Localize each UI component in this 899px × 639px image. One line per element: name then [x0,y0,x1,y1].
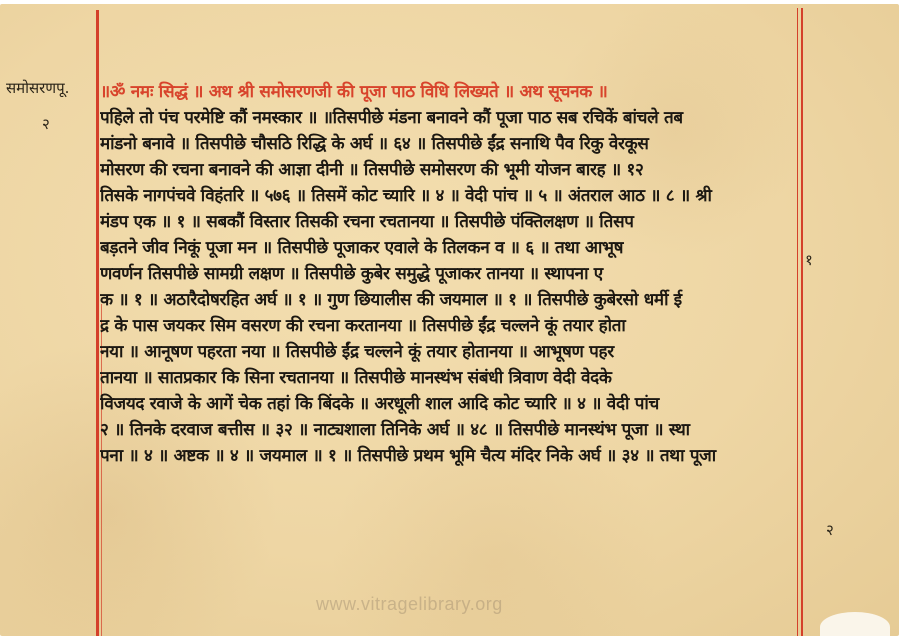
torn-corner [820,612,890,639]
text-line: मंडप एक ॥ १ ॥ सबकौं विस्तार तिसकी रचना र… [100,209,800,235]
text-line: पहिले तो पंच परमेष्टि कौं नमस्कार ॥ ॥तिस… [100,105,800,131]
text-line: मांडनो बनावे ॥ तिसपीछे चौसठि रिद्धि के अ… [100,131,800,157]
text-line: णवर्णन तिसपीछे सामग्री लक्षण ॥ तिसपीछे क… [100,261,800,287]
left-margin-folio-number: २ [42,114,50,134]
right-margin-rule-secondary [801,8,803,636]
watermark: www.vitragelibrary.org [316,594,503,615]
right-margin-side-number: १ [805,250,813,270]
right-margin-folio-number: २ [826,520,834,540]
text-line-heading: ॥ॐ नमः सिद्धं ॥ अथ श्री समोसरणजी की पूजा… [100,79,800,105]
left-margin-rule [96,10,99,636]
left-margin-title: समोसरणपू. [6,78,69,98]
text-line: २ ॥ तिनके दरवाज बत्तीस ॥ ३२ ॥ नाट्यशाला … [100,417,800,443]
text-line: द्र के पास जयकर सिम वसरण की रचना करतानया… [100,313,800,339]
text-line: पना ॥ ४ ॥ अष्टक ॥ ४ ॥ जयमाल ॥ १ ॥ तिसपीछ… [100,443,800,469]
text-line: मोसरण की रचना बनावने की आज्ञा दीनी ॥ तिस… [100,157,800,183]
text-line: नया ॥ आनूषण पहरता नया ॥ तिसपीछे ईंद्र चल… [100,339,800,365]
text-line: बड़तने जीव निकूं पूजा मन ॥ तिसपीछे पूजाक… [100,235,800,261]
manuscript-page: समोसरणपू. २ १ २ ॥ॐ नमः सिद्धं ॥ अथ श्री … [0,4,899,636]
manuscript-text-block: ॥ॐ नमः सिद्धं ॥ अथ श्री समोसरणजी की पूजा… [100,79,800,469]
text-line: विजयद रवाजे के आगें चेक तहां कि बिंदके ॥… [100,391,800,417]
text-line: तिसके नागपंचवे विहंतरि ॥ ५७६ ॥ तिसमें को… [100,183,800,209]
text-line: क ॥ १ ॥ अठारैदोषरहित अर्घ ॥ १ ॥ गुण छिया… [100,287,800,313]
text-line: तानया ॥ सातप्रकार कि सिना रचतानया ॥ तिसप… [100,365,800,391]
